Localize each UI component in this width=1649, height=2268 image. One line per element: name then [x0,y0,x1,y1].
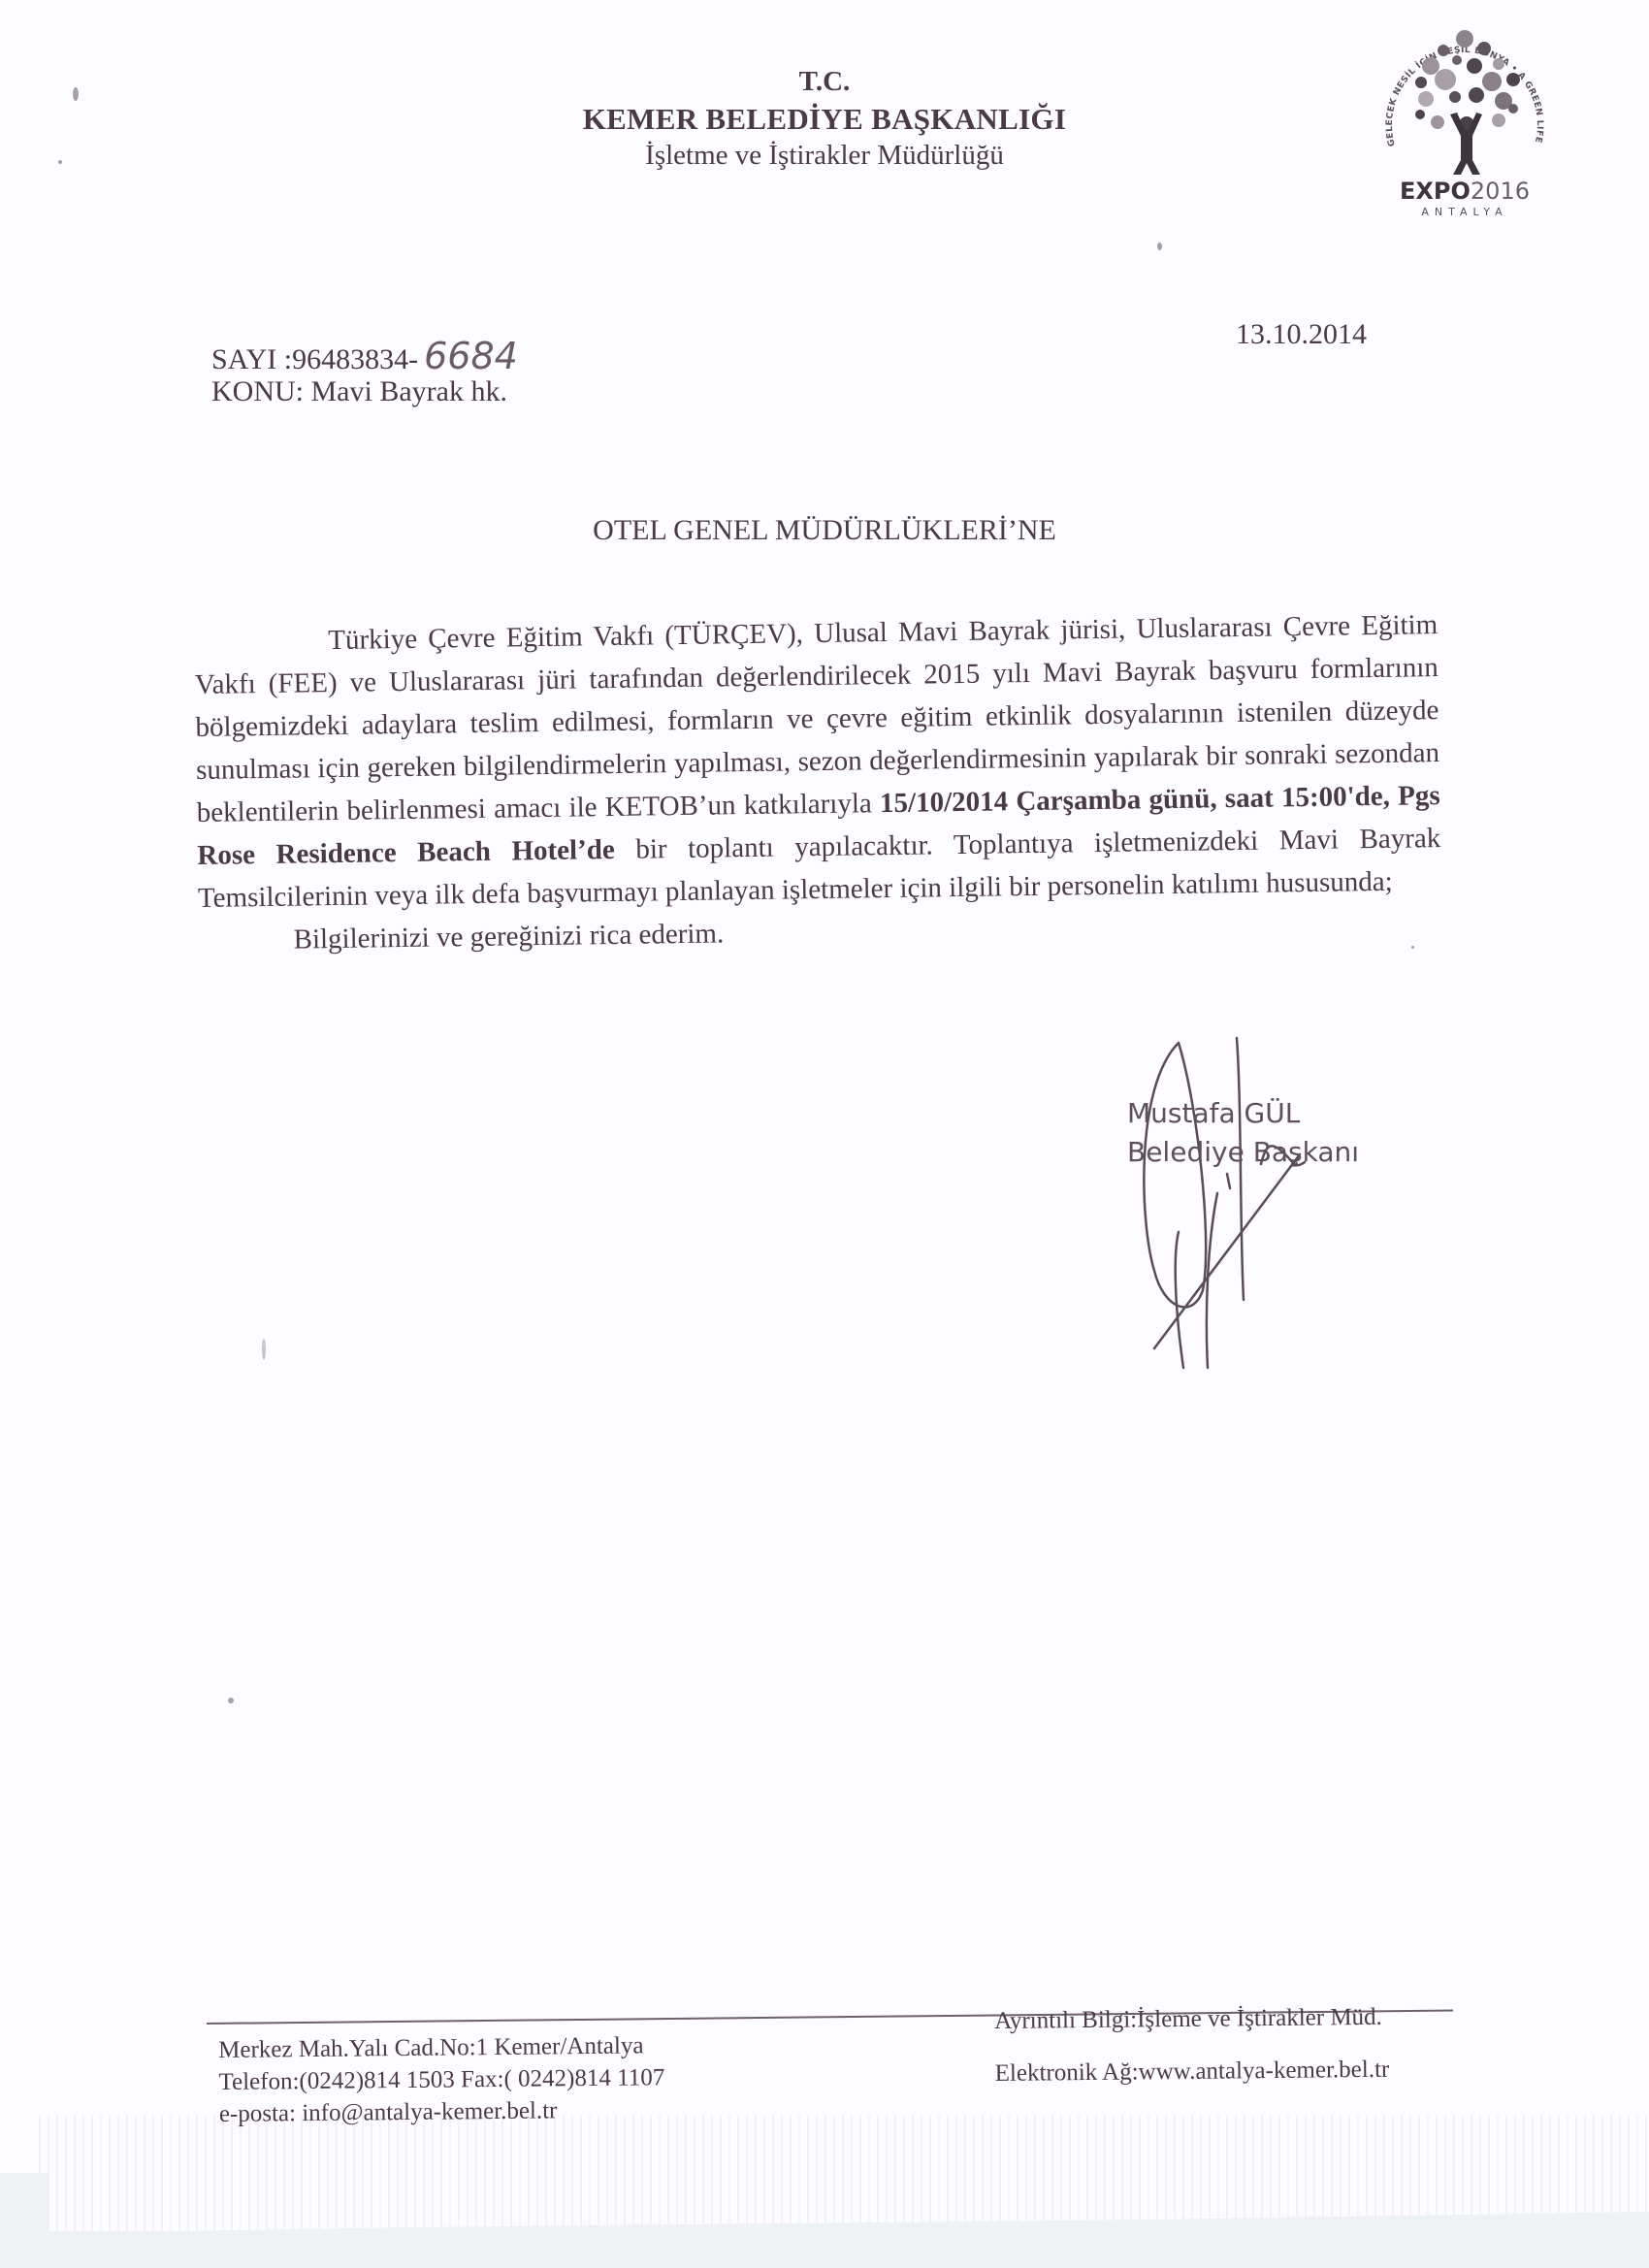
scan-speck [58,160,62,164]
scan-speck [262,1339,266,1360]
expo-2016-logo: GELECEK NESİL İÇİN YEŞİL DÜNYA • A GREEN… [1368,0,1562,223]
konu-value: : Mavi Bayrak hk. [296,375,507,407]
signatory-title: Belediye Başkanı [1127,1133,1359,1172]
footer-address: Merkez Mah.Yalı Cad.No:1 Kemer/Antalya [218,2029,664,2066]
scan-speck [1411,946,1414,949]
scanned-letter-page: T.C. KEMER BELEDİYE BAŞKANLIĞI İşletme v… [0,0,1649,2231]
scan-speck [73,87,79,101]
handwritten-signature [1096,1028,1387,1377]
footer-detail-info: Ayrıntılı Bilgi:İşleme ve İştirakler Müd… [994,2004,1389,2035]
footer-info: Ayrıntılı Bilgi:İşleme ve İştirakler Müd… [994,2004,1390,2113]
letter-body: Türkiye Çevre Eğitim Vakfı (TÜRÇEV), Ulu… [194,603,1442,962]
expo-tree-icon: GELECEK NESİL İÇİN YEŞİL DÜNYA • A GREEN… [1368,0,1562,223]
footer-contact: Merkez Mah.Yalı Cad.No:1 Kemer/Antalya T… [218,2029,665,2130]
logo-expo-text: EXPO [1400,178,1471,205]
body-paragraph: Türkiye Çevre Eğitim Vakfı (TÜRÇEV), Ulu… [194,603,1441,920]
addressee: OTEL GENEL MÜDÜRLÜKLERİ’NE [0,514,1649,547]
svg-text:EXPO2016: EXPO2016 [1400,178,1530,205]
sayi-label: SAYI [211,343,276,375]
scan-speck [228,1698,234,1703]
letter-date: 13.10.2014 [1236,318,1367,351]
footer-phone-fax: Telefon:(0242)814 1503 Fax:( 0242)814 11… [218,2061,664,2098]
signatory-block: Mustafa GÜL Belediye Başkanı [1127,1094,1359,1172]
logo-year-text: 2016 [1471,178,1530,205]
signatory-name: Mustafa GÜL [1127,1094,1359,1133]
logo-city-text: ANTALYA [1421,206,1507,218]
reference-number: SAYI :96483834-6684 [211,335,518,377]
sayi-value: :96483834- [284,343,418,375]
footer-email: e-posta: info@antalya-kemer.bel.tr [219,2093,665,2130]
konu-label: KONU [211,375,296,407]
scan-artifact [39,2115,1649,2231]
subject-line: KONU: Mavi Bayrak hk. [211,375,507,408]
footer-website: Elektronik Ağ:www.antalya-kemer.bel.tr [995,2057,1390,2088]
scan-speck [1157,243,1162,250]
sayi-handwritten-number: 6684 [424,335,518,377]
